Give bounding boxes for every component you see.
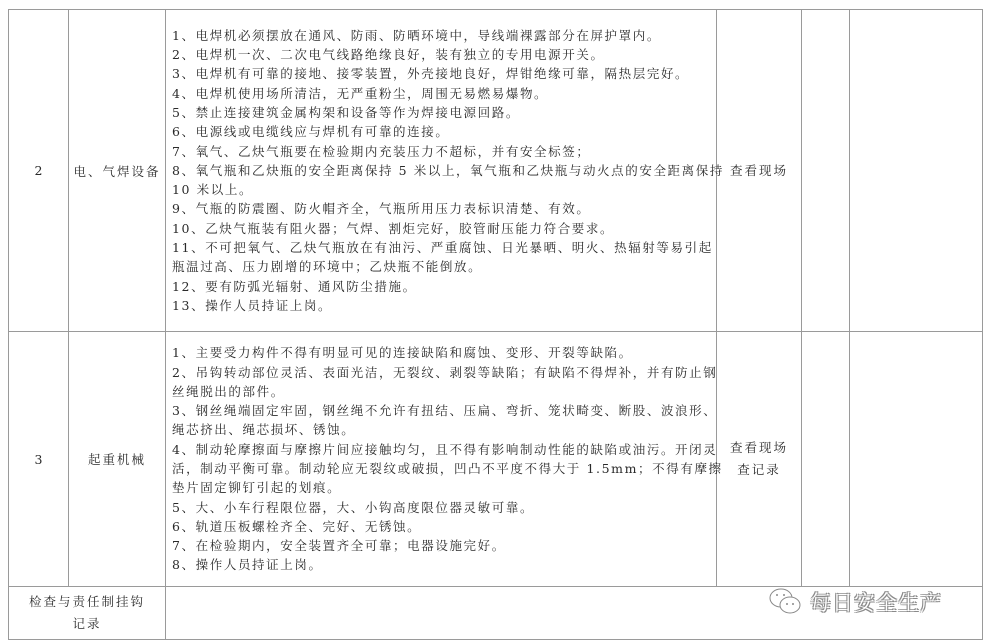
requirement-line: 丝绳脱出的部件。 xyxy=(172,382,710,401)
table-row: 3 起重机械 1、主要受力构件不得有明显可见的连接缺陷和腐蚀、变形、开裂等缺陷。… xyxy=(9,332,983,587)
footer-label: 检查与责任制挂钩 xyxy=(9,591,165,613)
requirement-line: 6、轨道压板螺栓齐全、完好、无锈蚀。 xyxy=(172,517,710,536)
requirement-line: 垫片固定铆钉引起的划痕。 xyxy=(172,478,710,497)
requirement-line: 1、电焊机必须摆放在通风、防雨、防晒环境中，导线端裸露部分在屏护罩内。 xyxy=(172,26,710,45)
check-method-cell: 查看现场 xyxy=(717,10,802,332)
result-cell xyxy=(802,332,850,587)
category-cell: 电、气焊设备 xyxy=(69,10,166,332)
requirement-line: 7、在检验期内，安全装置齐全可靠；电器设施完好。 xyxy=(172,536,710,555)
requirement-line: 4、制动轮摩擦面与摩擦片间应接触均匀，且不得有影响制动性能的缺陷或油污。开闭灵 xyxy=(172,440,710,459)
wechat-icon xyxy=(768,587,804,617)
category-cell: 起重机械 xyxy=(69,332,166,587)
result-cell xyxy=(802,10,850,332)
requirement-line: 12、要有防弧光辐射、通风防尘措施。 xyxy=(172,277,710,296)
remarks-cell xyxy=(850,10,983,332)
requirement-line: 13、操作人员持证上岗。 xyxy=(172,296,710,315)
requirement-line: 8、氧气瓶和乙炔瓶的安全距离保持 5 米以上，氧气瓶和乙炔瓶与动火点的安全距离保… xyxy=(172,161,710,180)
requirement-line: 10、乙炔气瓶装有阻火器；气焊、割炬完好，胶管耐压能力符合要求。 xyxy=(172,219,710,238)
requirement-line: 4、电焊机使用场所清洁，无严重粉尘，周围无易燃易爆物。 xyxy=(172,84,710,103)
watermark-text: 每日安全生产 xyxy=(810,587,942,617)
requirement-line: 5、大、小车行程限位器，大、小钩高度限位器灵敏可靠。 xyxy=(172,498,710,517)
requirements-cell: 1、电焊机必须摆放在通风、防雨、防晒环境中，导线端裸露部分在屏护罩内。2、电焊机… xyxy=(166,10,717,332)
requirement-line: 9、气瓶的防震圈、防火帽齐全，气瓶所用压力表标识清楚、有效。 xyxy=(172,199,710,218)
requirement-line: 5、禁止连接建筑金属构架和设备等作为焊接电源回路。 xyxy=(172,103,710,122)
table-row: 2 电、气焊设备 1、电焊机必须摆放在通风、防雨、防晒环境中，导线端裸露部分在屏… xyxy=(9,10,983,332)
watermark: 每日安全生产 xyxy=(768,587,942,617)
requirements-cell: 1、主要受力构件不得有明显可见的连接缺陷和腐蚀、变形、开裂等缺陷。2、吊钩转动部… xyxy=(166,332,717,587)
requirement-line: 10 米以上。 xyxy=(172,180,710,199)
inspection-table: 2 电、气焊设备 1、电焊机必须摆放在通风、防雨、防晒环境中，导线端裸露部分在屏… xyxy=(8,9,983,640)
requirement-line: 8、操作人员持证上岗。 xyxy=(172,555,710,574)
row-number: 2 xyxy=(9,10,69,332)
row-number: 3 xyxy=(9,332,69,587)
check-method-cell: 查看现场 查记录 xyxy=(717,332,802,587)
requirement-line: 瓶温过高、压力剧增的环境中；乙炔瓶不能倒放。 xyxy=(172,257,710,276)
remarks-cell xyxy=(850,332,983,587)
requirement-line: 7、氧气、乙炔气瓶要在检验期内充装压力不超标，并有安全标签； xyxy=(172,142,710,161)
footer-label-cell: 检查与责任制挂钩 记录 xyxy=(9,587,166,640)
requirement-line: 11、不可把氧气、乙炔气瓶放在有油污、严重腐蚀、日光暴晒、明火、热辐射等易引起 xyxy=(172,238,710,257)
requirement-line: 1、主要受力构件不得有明显可见的连接缺陷和腐蚀、变形、开裂等缺陷。 xyxy=(172,343,710,362)
footer-label: 记录 xyxy=(9,613,165,635)
requirement-line: 2、电焊机一次、二次电气线路绝缘良好，装有独立的专用电源开关。 xyxy=(172,45,710,64)
requirement-line: 6、电源线或电缆线应与焊机有可靠的连接。 xyxy=(172,122,710,141)
requirement-line: 绳芯挤出、绳芯损坏、锈蚀。 xyxy=(172,420,710,439)
requirement-line: 3、钢丝绳端固定牢固，钢丝绳不允许有扭结、压扁、弯折、笼状畸变、断股、波浪形、 xyxy=(172,401,710,420)
requirement-line: 3、电焊机有可靠的接地、接零装置，外壳接地良好，焊钳绝缘可靠，隔热层完好。 xyxy=(172,64,710,83)
requirement-line: 2、吊钩转动部位灵活、表面光洁，无裂纹、剥裂等缺陷；有缺陷不得焊补，并有防止钢 xyxy=(172,363,710,382)
requirement-line: 活，制动平衡可靠。制动轮应无裂纹或破损，凹凸不平度不得大于 1.5mm；不得有摩… xyxy=(172,459,710,478)
